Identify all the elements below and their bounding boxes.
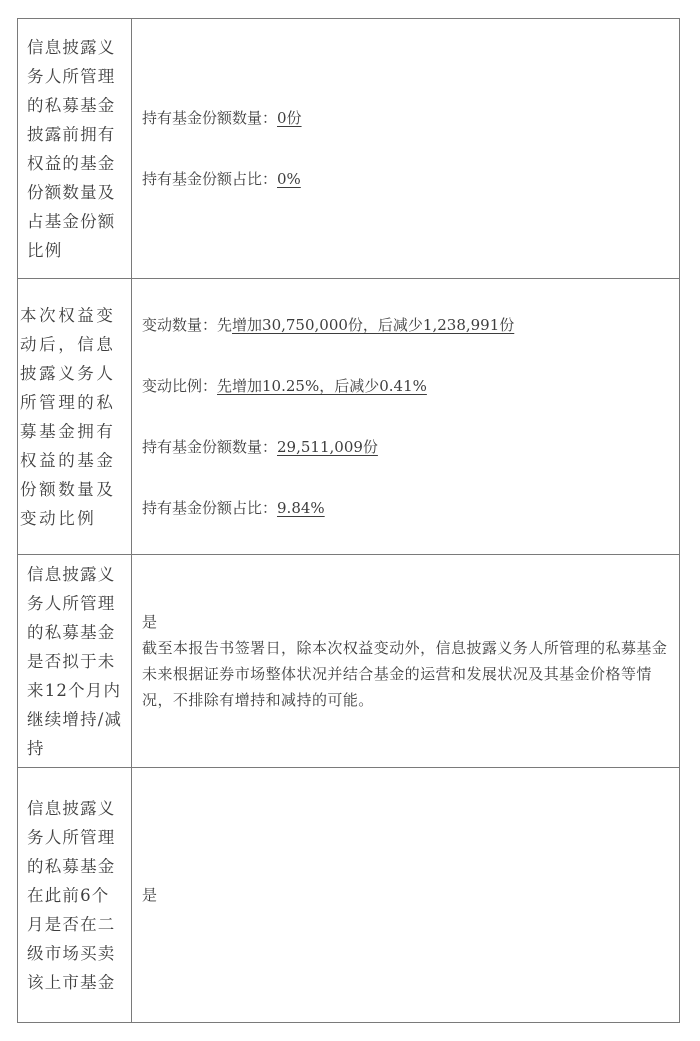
row-label-cell: 本次权益变动后，信息披露义务人所管理的私募基金拥有权益的基金份额数量及变动比例 xyxy=(18,279,132,555)
table-row-post-change-holdings: 本次权益变动后，信息披露义务人所管理的私募基金拥有权益的基金份额数量及变动比例 … xyxy=(18,279,680,555)
row-label-cell: 信息披露义务人所管理的私募基金在此前6个月是否在二级市场买卖该上市基金 xyxy=(18,768,132,1023)
holding-ratio-value: 0% xyxy=(277,170,301,188)
row-value-cell: 是 xyxy=(132,768,680,1023)
field-label: 持有基金份额占比： xyxy=(142,170,277,188)
row-value-cell: 是 截至本报告书签署日，除本次权益变动外，信息披露义务人所管理的私募基金未来根据… xyxy=(132,555,680,768)
holding-ratio-value: 9.84% xyxy=(277,499,325,517)
field-label: 持有基金份额数量： xyxy=(142,109,277,127)
field-label: 变动数量： xyxy=(142,316,217,334)
explanation-paragraph: 截至本报告书签署日，除本次权益变动外，信息披露义务人所管理的私募基金未来根据证券… xyxy=(142,635,675,713)
disclosure-table: 信息披露义务人所管理的私募基金披露前拥有权益的基金份额数量及占基金份额比例 持有… xyxy=(17,18,680,1023)
change-ratio-line: 变动比例：先增加10.25%，后减少0.41% xyxy=(142,356,675,417)
holding-quantity-line: 持有基金份额数量：29,511,009份 xyxy=(142,417,675,478)
row-label-cell: 信息披露义务人所管理的私募基金是否拟于未来12个月内继续增持/减持 xyxy=(18,555,132,768)
field-label: 持有基金份额占比： xyxy=(142,499,277,517)
answer-text: 是 xyxy=(142,609,675,635)
row-label: 本次权益变动后，信息披露义务人所管理的私募基金拥有权益的基金份额数量及变动比例 xyxy=(18,297,131,537)
holding-ratio-line: 持有基金份额占比：0% xyxy=(142,149,675,210)
table-row-prior-trading: 信息披露义务人所管理的私募基金在此前6个月是否在二级市场买卖该上市基金 是 xyxy=(18,768,680,1023)
table-row-pre-disclosure-holdings: 信息披露义务人所管理的私募基金披露前拥有权益的基金份额数量及占基金份额比例 持有… xyxy=(18,19,680,279)
change-quantity-line: 变动数量：先增加30,750,000份，后减少1,238,991份 xyxy=(142,295,675,356)
holding-quantity-value: 29,511,009份 xyxy=(277,438,378,456)
change-quantity-value: 增加30,750,000份，后减少1,238,991份 xyxy=(232,316,514,334)
answer-text: 是 xyxy=(142,882,675,908)
change-ratio-value: 先增加10.25%，后减少0.41% xyxy=(217,377,427,395)
holding-quantity-value: 0份 xyxy=(277,109,302,127)
row-value-cell: 持有基金份额数量：0份 持有基金份额占比：0% xyxy=(132,19,680,279)
row-label-cell: 信息披露义务人所管理的私募基金披露前拥有权益的基金份额数量及占基金份额比例 xyxy=(18,19,132,279)
holding-quantity-line: 持有基金份额数量：0份 xyxy=(142,88,675,149)
field-label: 变动比例： xyxy=(142,377,217,395)
row-label: 信息披露义务人所管理的私募基金披露前拥有权益的基金份额数量及占基金份额比例 xyxy=(18,29,131,269)
row-label: 信息披露义务人所管理的私募基金在此前6个月是否在二级市场买卖该上市基金 xyxy=(18,790,131,1001)
change-quantity-prefix: 先 xyxy=(217,316,232,334)
row-value-cell: 变动数量：先增加30,750,000份，后减少1,238,991份 变动比例：先… xyxy=(132,279,680,555)
holding-ratio-line: 持有基金份额占比：9.84% xyxy=(142,478,675,539)
table-row-future-plans: 信息披露义务人所管理的私募基金是否拟于未来12个月内继续增持/减持 是 截至本报… xyxy=(18,555,680,768)
row-label: 信息披露义务人所管理的私募基金是否拟于未来12个月内继续增持/减持 xyxy=(18,556,131,767)
field-label: 持有基金份额数量： xyxy=(142,438,277,456)
